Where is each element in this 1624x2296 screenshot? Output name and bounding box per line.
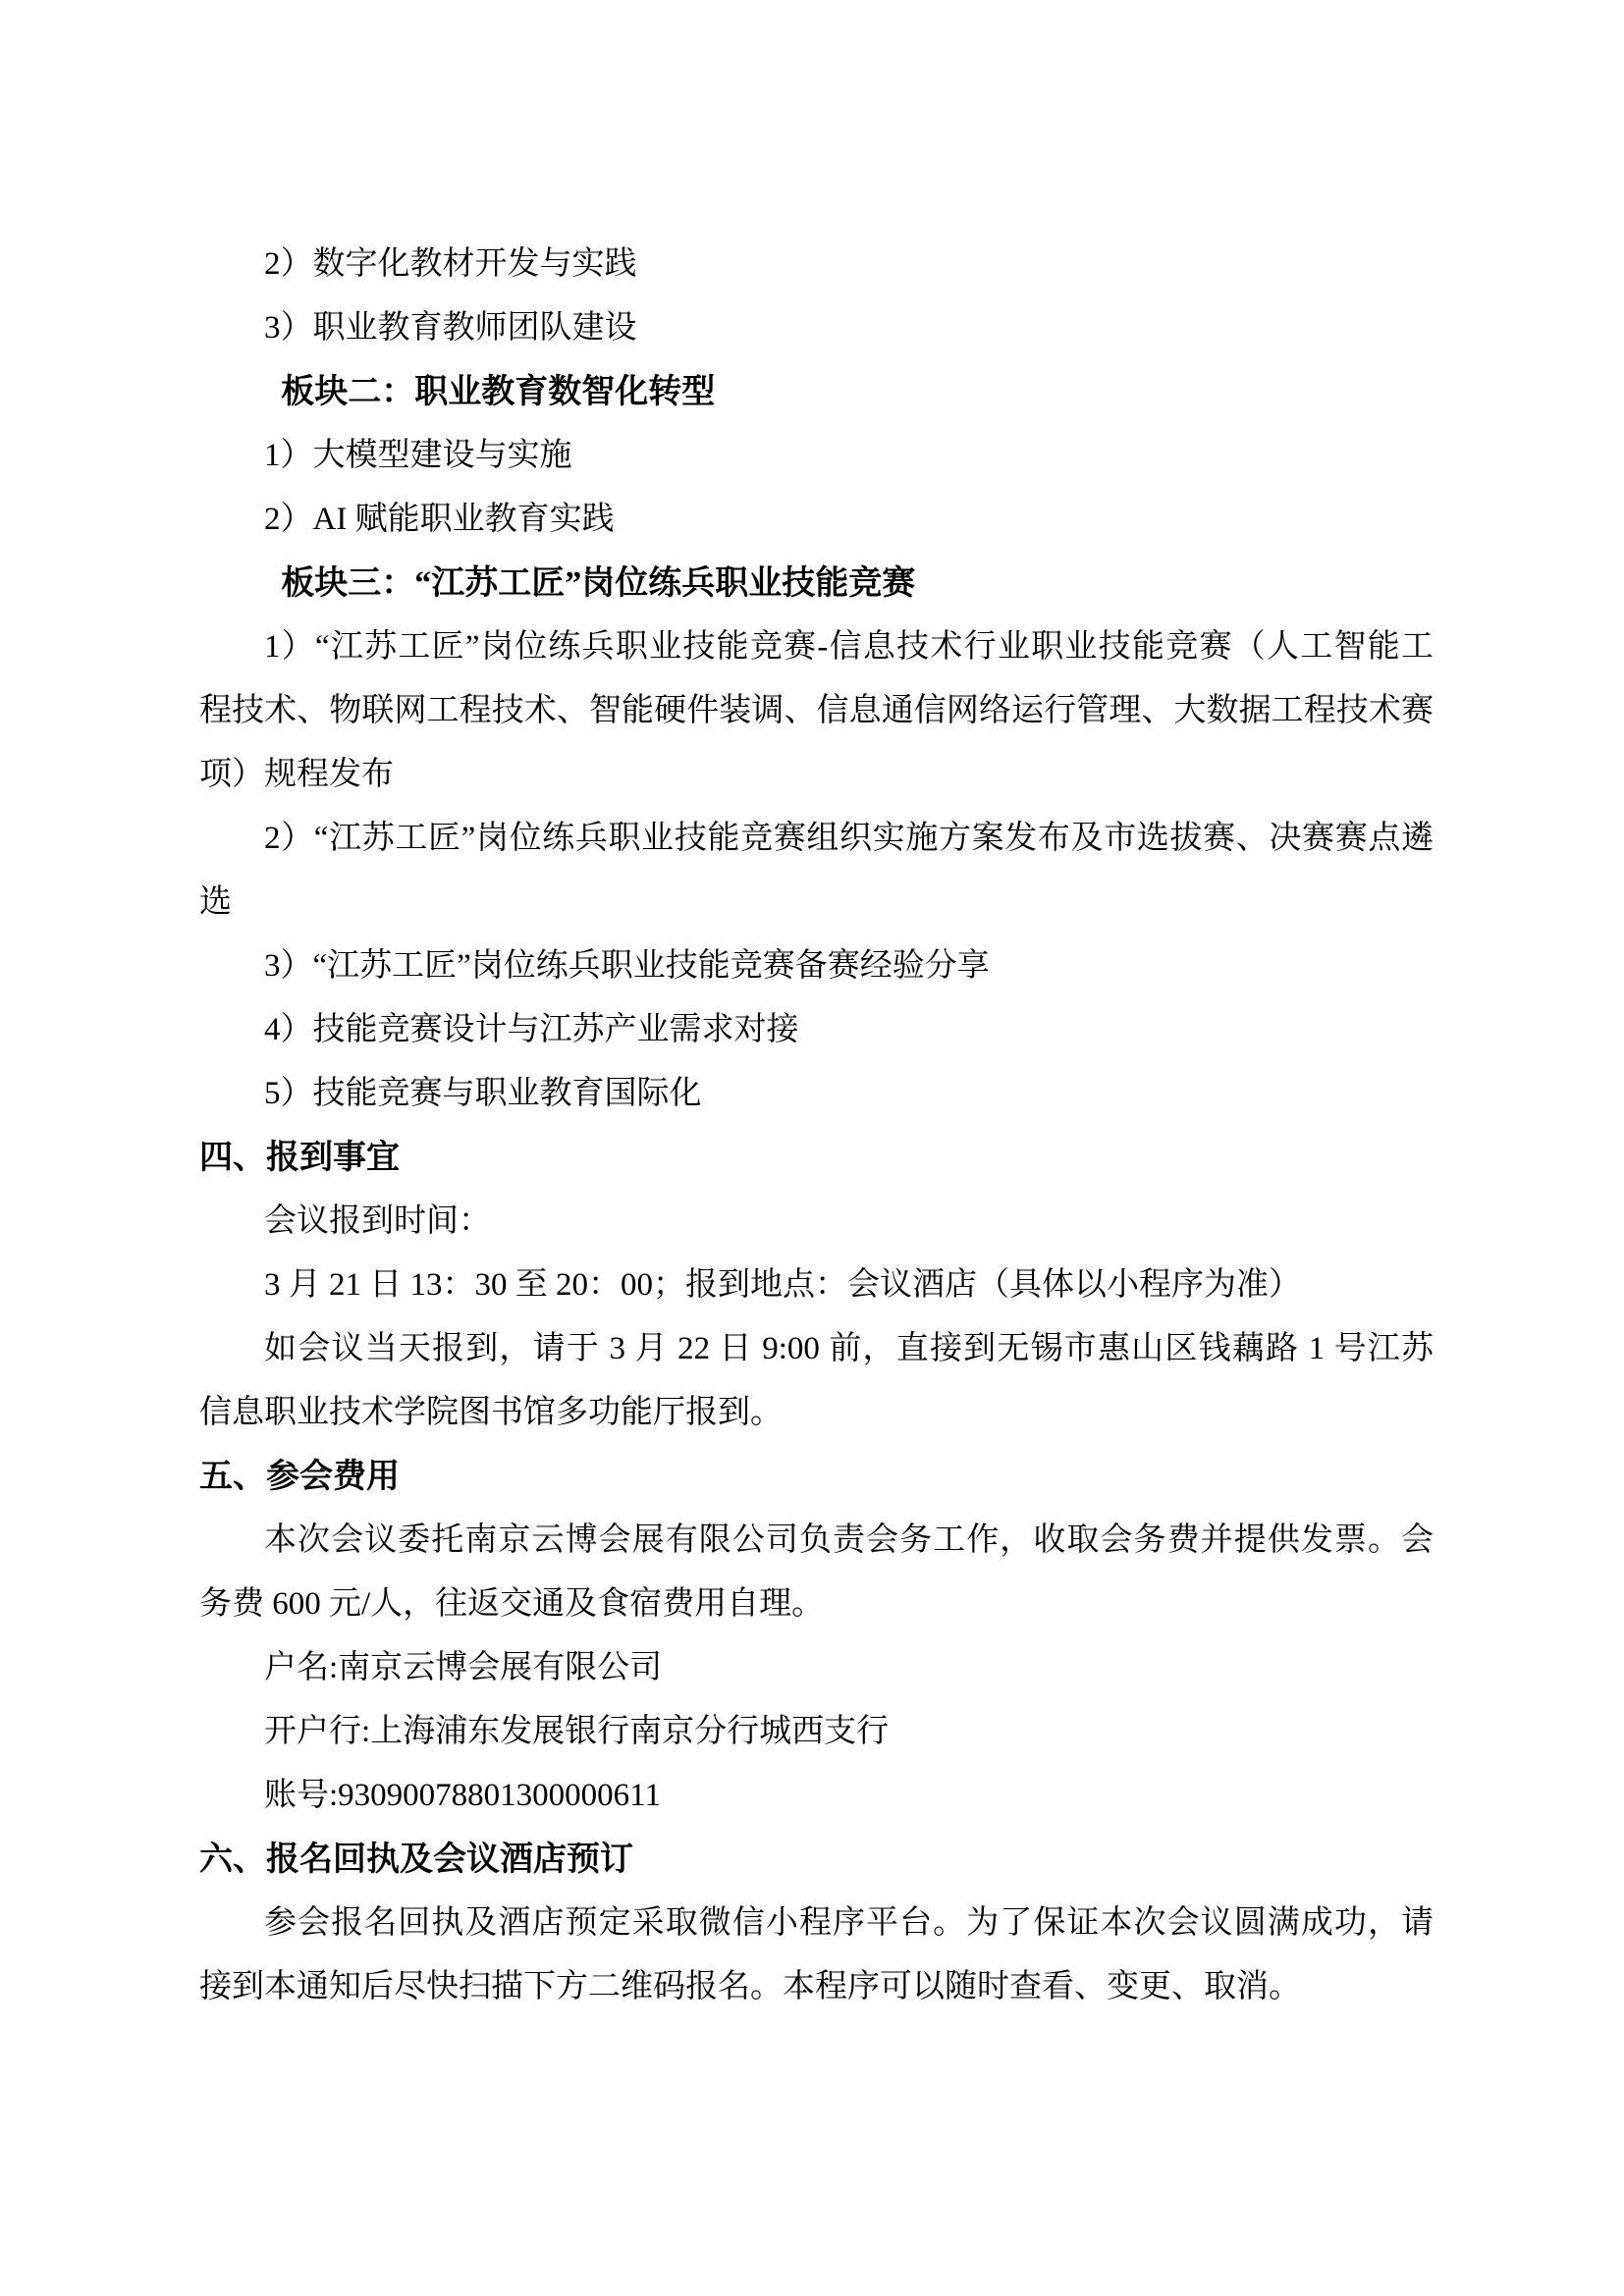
- list-item: 3 月 21 日 13：30 至 20：00；报到地点：会议酒店（具体以小程序为…: [199, 1254, 1434, 1317]
- list-item: 4）技能竞赛设计与江苏产业需求对接: [199, 998, 1434, 1062]
- wrap-line-end: 务费 600 元/人，往返交通及食宿费用自理。: [199, 1573, 1434, 1636]
- list-item: 会议报到时间：: [199, 1190, 1434, 1254]
- block-heading: 板块三：“江苏工匠”岗位练兵职业技能竞赛: [199, 552, 1434, 615]
- document-page: 2）数字化教材开发与实践3）职业教育教师团队建设板块二：职业教育数智化转型1）大…: [0, 0, 1624, 2296]
- wrap-line-end: 信息职业技术学院图书馆多功能厅报到。: [199, 1381, 1434, 1445]
- list-item: 1）大模型建设与实施: [199, 424, 1434, 488]
- list-item: 账号:93090078801300000611: [199, 1764, 1434, 1828]
- wrap-line-end: 项）规程发布: [199, 743, 1434, 807]
- wrap-line: 程技术、物联网工程技术、智能硬件装调、信息通信网络运行管理、大数据工程技术赛: [199, 679, 1434, 743]
- wrap-line-end: 选: [199, 871, 1434, 934]
- wrap-line-end: 接到本通知后尽快扫描下方二维码报名。本程序可以随时查看、变更、取消。: [199, 1955, 1434, 2019]
- list-item: 3）“江苏工匠”岗位练兵职业技能竞赛备赛经验分享: [199, 934, 1434, 998]
- section-heading: 五、参会费用: [199, 1445, 1434, 1509]
- list-item-wrap-start: 2）“江苏工匠”岗位练兵职业技能竞赛组织实施方案发布及市选拔赛、决赛赛点遴: [199, 807, 1434, 871]
- list-item: 户名:南京云博会展有限公司: [199, 1636, 1434, 1700]
- list-item: 5）技能竞赛与职业教育国际化: [199, 1062, 1434, 1126]
- block-heading: 板块二：职业教育数智化转型: [199, 360, 1434, 424]
- list-item-wrap-start: 参会报名回执及酒店预定采取微信小程序平台。为了保证本次会议圆满成功，请: [199, 1892, 1434, 1955]
- section-heading: 六、报名回执及会议酒店预订: [199, 1828, 1434, 1892]
- list-item: 3）职业教育教师团队建设: [199, 296, 1434, 360]
- list-item-wrap-start: 1）“江苏工匠”岗位练兵职业技能竞赛-信息技术行业职业技能竞赛（人工智能工: [199, 615, 1434, 679]
- list-item: 2）数字化教材开发与实践: [199, 233, 1434, 296]
- section-heading: 四、报到事宜: [199, 1126, 1434, 1190]
- list-item-wrap-start: 本次会议委托南京云博会展有限公司负责会务工作，收取会务费并提供发票。会: [199, 1509, 1434, 1573]
- list-item: 开户行:上海浦东发展银行南京分行城西支行: [199, 1700, 1434, 1764]
- list-item: 2）AI 赋能职业教育实践: [199, 488, 1434, 552]
- list-item-wrap-start: 如会议当天报到，请于 3 月 22 日 9:00 前，直接到无锡市惠山区钱藕路 …: [199, 1317, 1434, 1381]
